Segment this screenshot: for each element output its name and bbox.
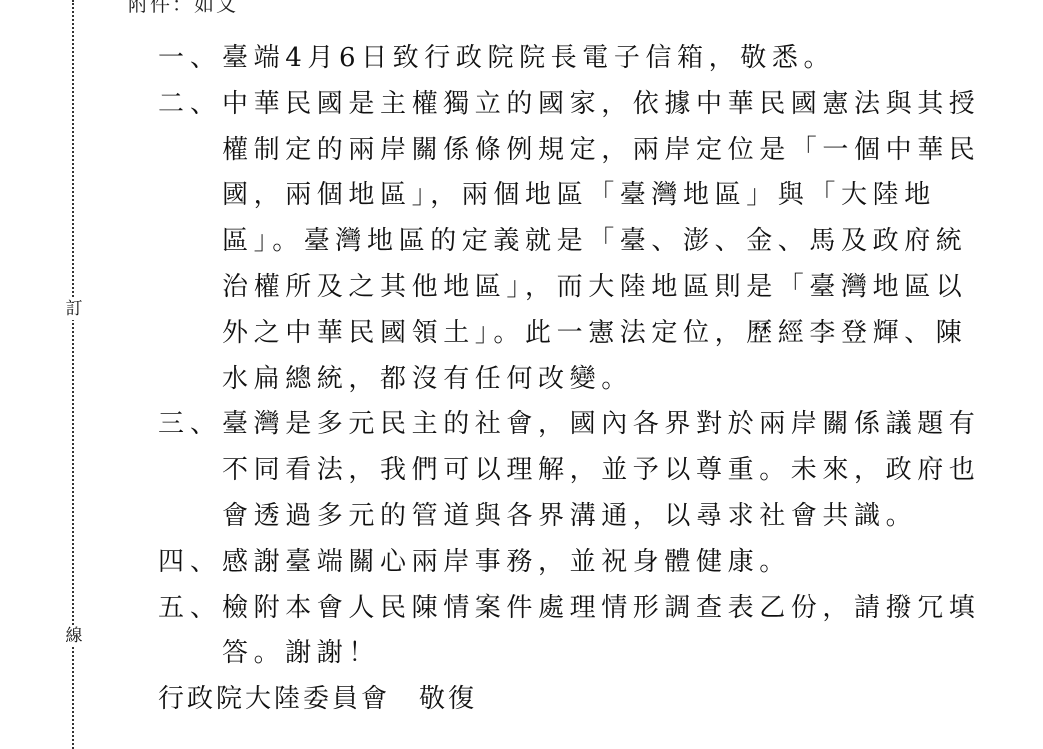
paragraph-line: 外之中華民國領土」。此一憲法定位，歷經李登輝、陳 — [222, 311, 998, 357]
letter-body: 一、 臺端4月6日致行政院院長電子信箱，敬悉。 二、 中華民國是主權獨立的國家，… — [158, 36, 998, 723]
paragraph-line: 水扁總統，都沒有任何改變。 — [222, 357, 998, 403]
paragraph-line: 感謝臺端關心兩岸事務，並祝身體健康。 — [222, 540, 998, 586]
attachment-label: 附件：如文 — [128, 0, 238, 17]
paragraph-line: 會透過多元的管道與各界溝通，以尋求社會共識。 — [222, 494, 998, 540]
paragraph-line: 檢附本會人民陳情案件處理情形調查表乙份，請撥冗填 — [222, 586, 998, 632]
paragraph-number: 四、 — [158, 540, 222, 586]
signature: 行政院大陸委員會 敬復 — [158, 677, 998, 723]
paragraph-number: 二、 — [158, 82, 222, 128]
paragraph-4: 四、 感謝臺端關心兩岸事務，並祝身體健康。 — [158, 540, 998, 586]
paragraph-line: 臺端4月6日致行政院院長電子信箱，敬悉。 — [222, 36, 998, 82]
paragraph-line: 答。謝謝！ — [222, 631, 998, 677]
paragraph-2: 二、 中華民國是主權獨立的國家，依據中華民國憲法與其授 權制定的兩岸關係條例規定… — [158, 82, 998, 403]
paragraph-1: 一、 臺端4月6日致行政院院長電子信箱，敬悉。 — [158, 36, 998, 82]
paragraph-line: 國，兩個地區」，兩個地區「臺灣地區」與「大陸地 — [222, 173, 998, 219]
binding-mark-ding: 訂 — [64, 298, 84, 320]
paragraph-3: 三、 臺灣是多元民主的社會，國內各界對於兩岸關係議題有 不同看法，我們可以理解，… — [158, 402, 998, 539]
paragraph-5: 五、 檢附本會人民陳情案件處理情形調查表乙份，請撥冗填 答。謝謝！ — [158, 586, 998, 678]
paragraph-line: 權制定的兩岸關係條例規定，兩岸定位是「一個中華民 — [222, 128, 998, 174]
paragraph-number: 五、 — [158, 586, 222, 632]
binding-mark-xian: 線 — [64, 625, 84, 647]
paragraph-line: 區」。臺灣地區的定義就是「臺、澎、金、馬及政府統 — [222, 219, 998, 265]
paragraph-line: 中華民國是主權獨立的國家，依據中華民國憲法與其授 — [222, 82, 998, 128]
paragraph-number: 一、 — [158, 36, 222, 82]
paragraph-line: 治權所及之其他地區」，而大陸地區則是「臺灣地區以 — [222, 265, 998, 311]
paragraph-line: 不同看法，我們可以理解，並予以尊重。未來，政府也 — [222, 448, 998, 494]
paragraph-number: 三、 — [158, 402, 222, 448]
paragraph-line: 臺灣是多元民主的社會，國內各界對於兩岸關係議題有 — [222, 402, 998, 448]
